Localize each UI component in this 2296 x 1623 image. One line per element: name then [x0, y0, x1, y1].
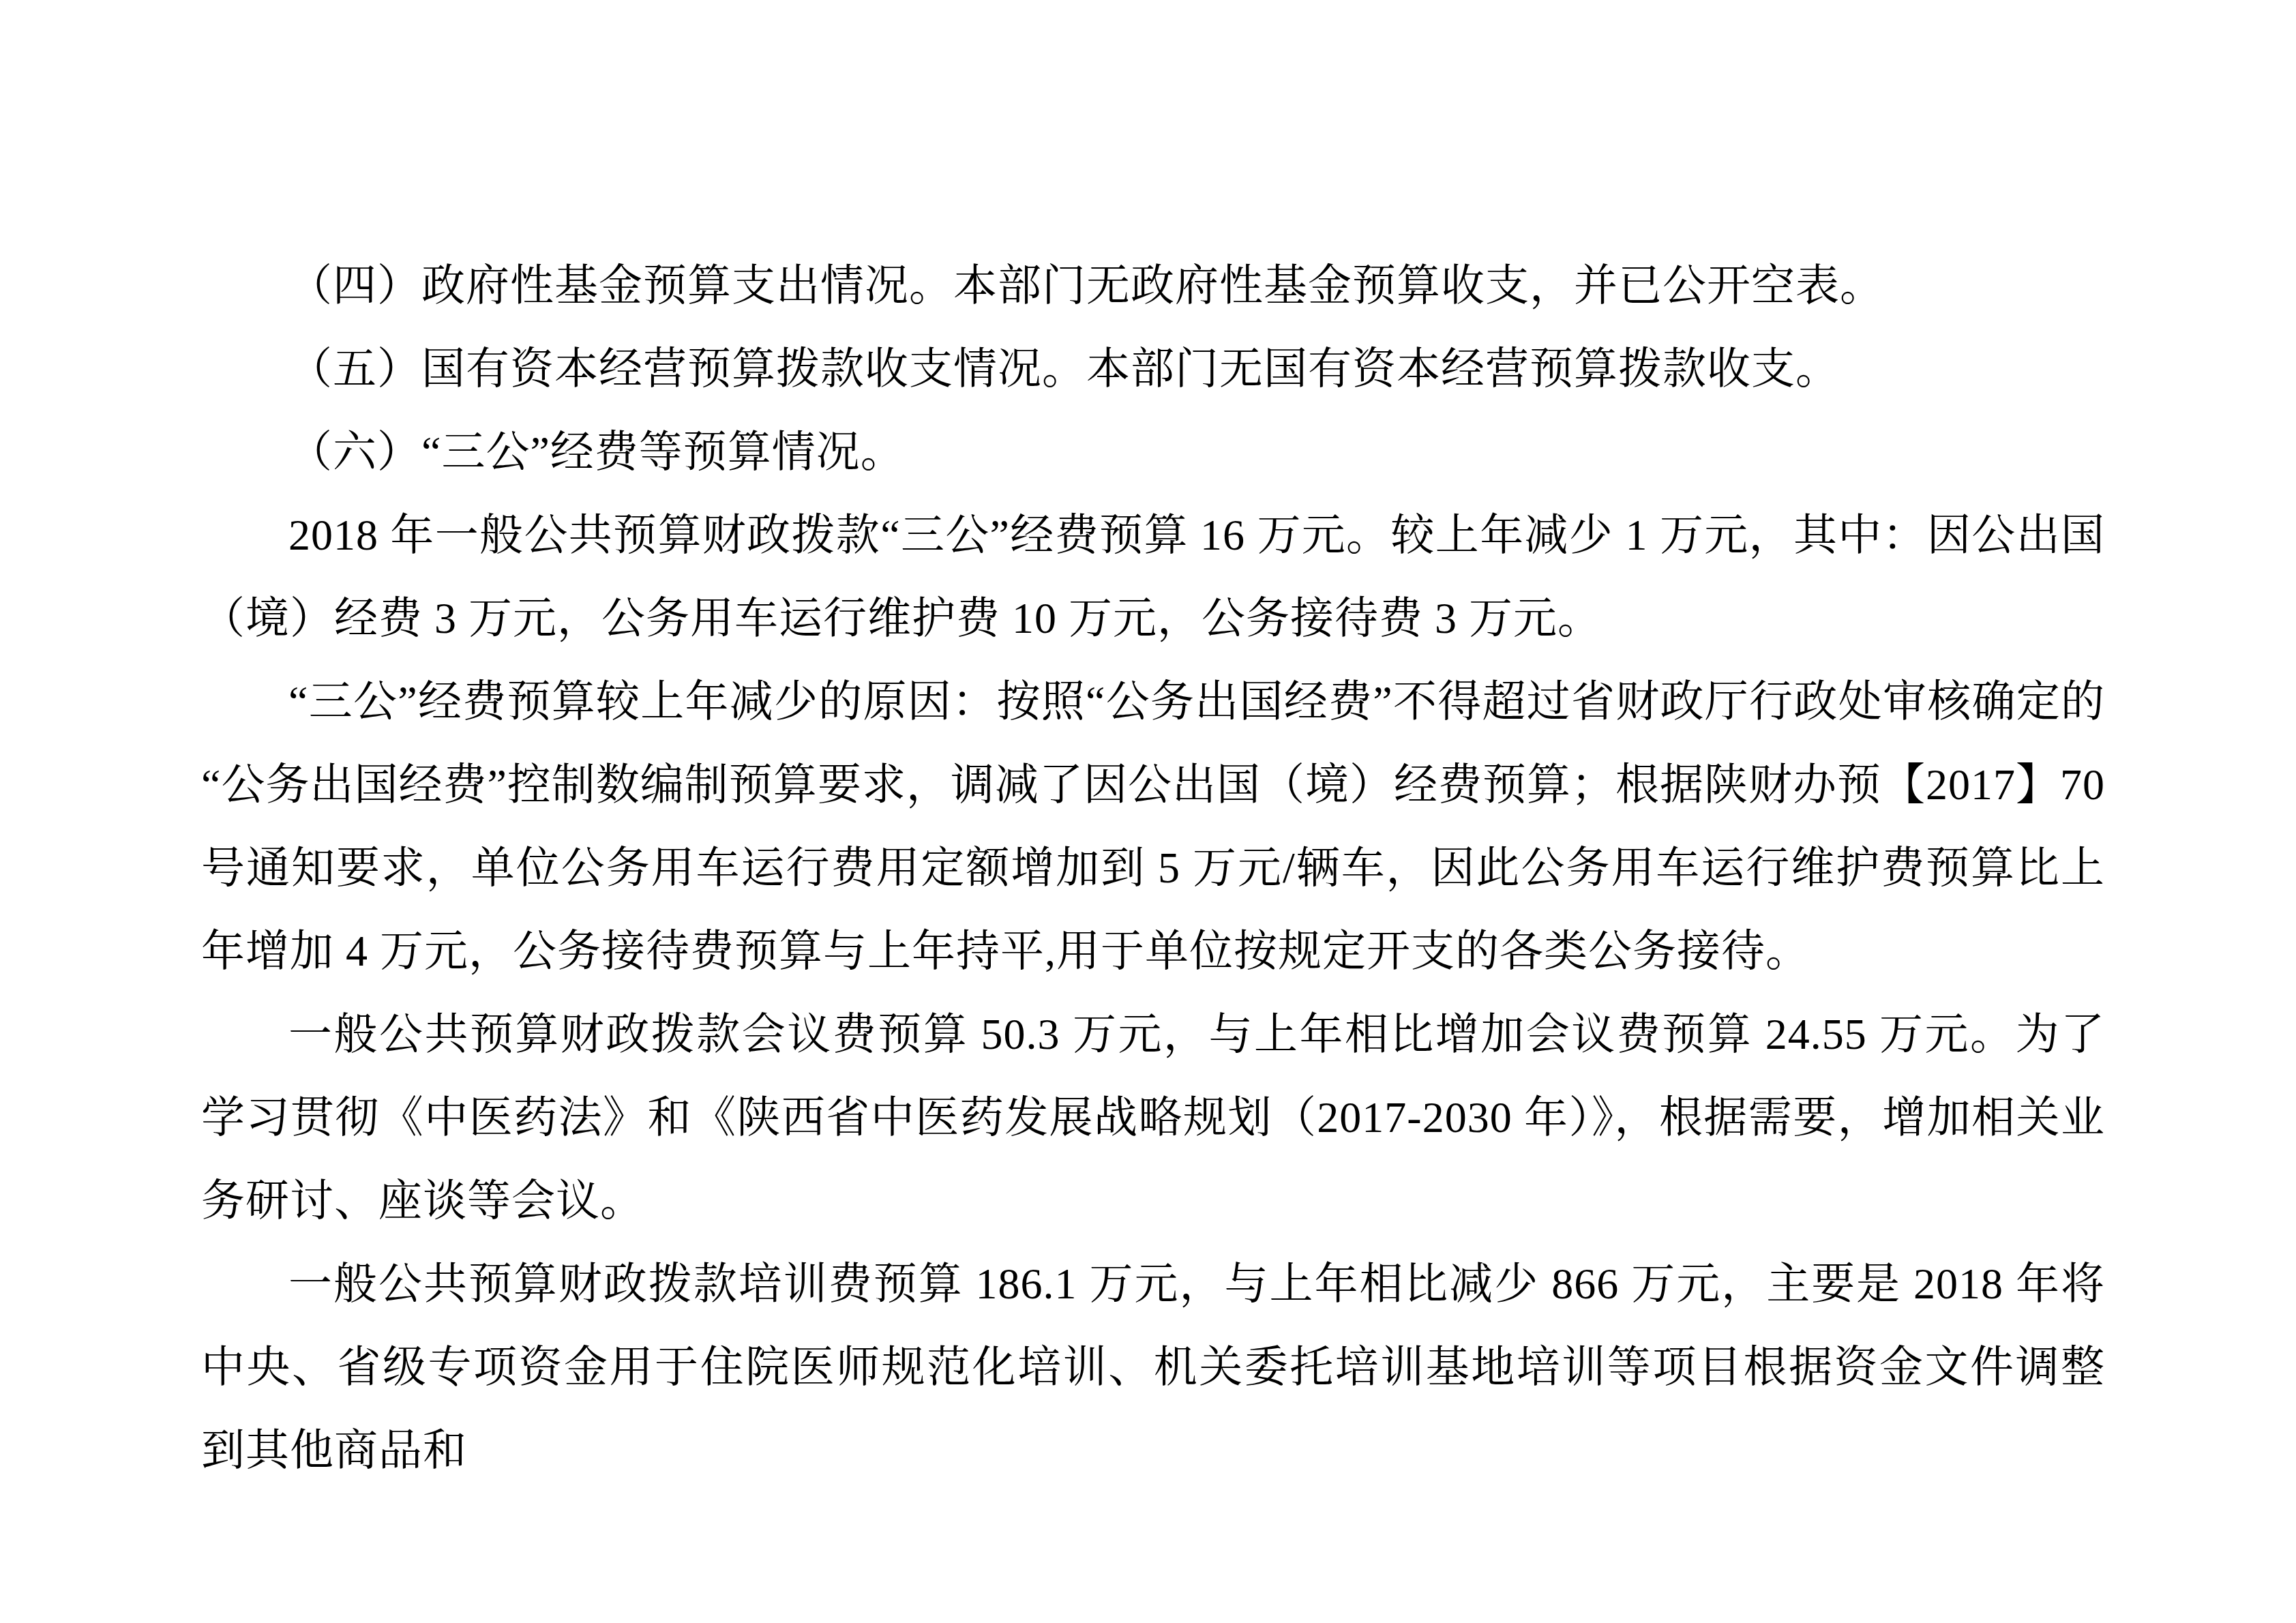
paragraph-training-budget: 一般公共预算财政拨款培训费预算 186.1 万元，与上年相比减少 866 万元，…: [201, 1242, 2105, 1492]
text-block: （四）政府性基金预算支出情况。本部门无政府性基金预算收支，并已公开空表。 （五）…: [201, 244, 2105, 1492]
document-page: （四）政府性基金预算支出情况。本部门无政府性基金预算收支，并已公开空表。 （五）…: [0, 0, 2296, 1623]
paragraph-sangong-reason: “三公”经费预算较上年减少的原因：按照“公务出国经费”不得超过省财政厅行政处审核…: [201, 660, 2105, 993]
paragraph-section-4: （四）政府性基金预算支出情况。本部门无政府性基金预算收支，并已公开空表。: [201, 244, 2105, 327]
paragraph-meeting-budget: 一般公共预算财政拨款会议费预算 50.3 万元，与上年相比增加会议费预算 24.…: [201, 993, 2105, 1242]
paragraph-section-6: （六）“三公”经费等预算情况。: [201, 411, 2105, 494]
paragraph-sangong-budget: 2018 年一般公共预算财政拨款“三公”经费预算 16 万元。较上年减少 1 万…: [201, 494, 2105, 660]
paragraph-section-5: （五）国有资本经营预算拨款收支情况。本部门无国有资本经营预算拨款收支。: [201, 327, 2105, 411]
